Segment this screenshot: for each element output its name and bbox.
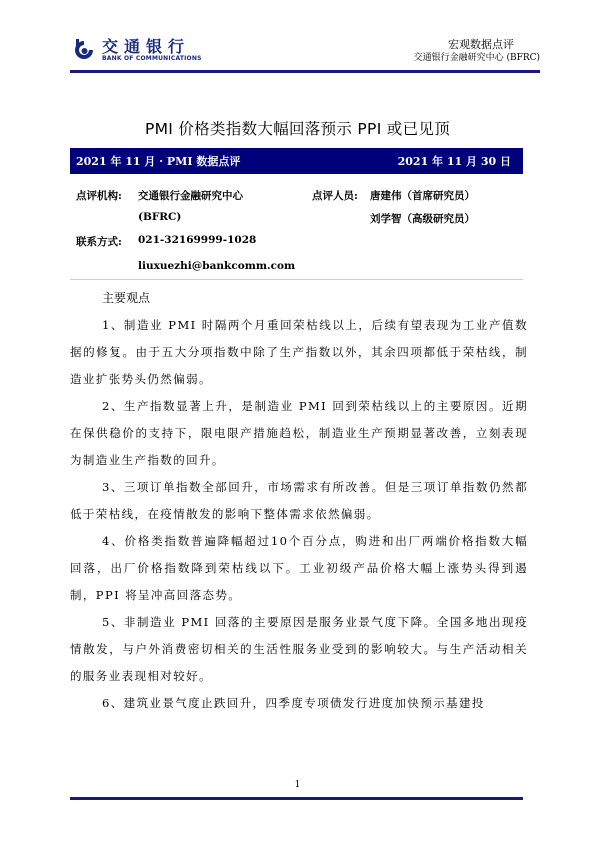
org-value-abbr: (BFRC) — [138, 211, 181, 223]
header-rule — [70, 70, 540, 73]
paragraph-3: 3、三项订单指数全部回升，市场需求有所改善。但是三项订单指数仍然都低于荣枯线，在… — [70, 474, 528, 528]
bank-logo-icon — [72, 38, 96, 62]
document-title: PMI 价格类指数大幅回落预示 PPI 或已见顶 — [0, 117, 595, 139]
reviewer-2: 刘学智（高级研究员） — [370, 211, 475, 226]
banner-date: 2021 年 11 月 30 日 — [398, 153, 511, 169]
report-category: 宏观数据点评 — [414, 38, 514, 52]
meta-divider — [70, 279, 523, 280]
section-heading: 主要观点 — [70, 288, 528, 312]
org-value: 交通银行金融研究中心 — [138, 188, 243, 203]
page-header: 交通银行 BANK OF COMMUNICATIONS 宏观数据点评 交通银行金… — [70, 30, 540, 70]
page-number: 1 — [0, 780, 595, 790]
footer-rule — [70, 797, 523, 800]
report-banner: 2021 年 11 月 · PMI 数据点评 2021 年 11 月 30 日 — [70, 148, 523, 174]
paragraph-6: 6、建筑业景气度止跌回升，四季度专项债发行进度加快预示基建投 — [70, 690, 528, 717]
contact-phone: 021-32169999-1028 — [138, 234, 256, 246]
main-points-section: 主要观点 1、制造业 PMI 时隔两个月重回荣枯线以上，后续有望表现为工业产值数… — [70, 288, 528, 717]
reviewer-1: 唐建伟（首席研究员） — [370, 188, 475, 203]
contact-email[interactable]: liuxuezhi@bankcomm.com — [138, 260, 295, 272]
paragraph-4: 4、价格类指数普遍降幅超过10个百分点，购进和出厂两端价格指数大幅回落，出厂价格… — [70, 528, 528, 609]
bank-logo: 交通银行 BANK OF COMMUNICATIONS — [72, 34, 212, 66]
paragraph-2: 2、生产指数显著上升，是制造业 PMI 回到荣枯线以上的主要原因。近期在保供稳价… — [70, 393, 528, 474]
banner-report-type: 2021 年 11 月 · PMI 数据点评 — [76, 153, 240, 169]
paragraph-5: 5、非制造业 PMI 回落的主要原因是服务业景气度下降。全国多地出现疫情散发，与… — [70, 609, 528, 690]
contact-label: 联系方式: — [76, 234, 122, 249]
org-label: 点评机构: — [76, 188, 122, 203]
logo-chinese-name: 交通银行 — [102, 38, 202, 55]
institution-name: 交通银行金融研究中心 (BFRC) — [414, 52, 540, 64]
logo-english-name: BANK OF COMMUNICATIONS — [102, 55, 202, 62]
reviewer-label: 点评人员: — [312, 188, 358, 203]
paragraph-1: 1、制造业 PMI 时隔两个月重回荣枯线以上，后续有望表现为工业产值数据的修复。… — [70, 312, 528, 393]
